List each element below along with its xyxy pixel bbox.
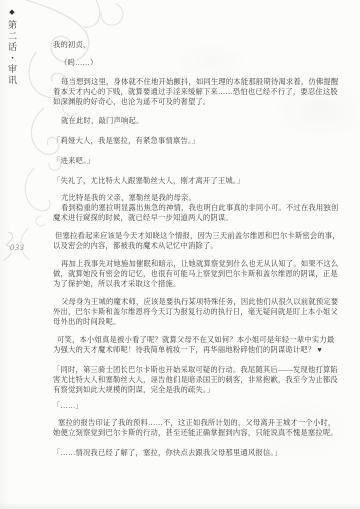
body-text-line: 以及密会的内容，都被我的魔术从记忆中消除了。 xyxy=(53,241,218,251)
body-text-line: 害尤比特大人和塞勒丝大人，诬告他们是暗杀国王的刺客，非常抱歉，我至今为止都没 xyxy=(53,375,338,385)
body-text: 我的初贞，（呜……）每当想到这里，身体就不住地开始颤抖，如同生理的本能那般期待渴… xyxy=(0,0,360,509)
body-text-line: 「……」 xyxy=(53,401,83,411)
body-text-line: （呜……） xyxy=(60,58,97,68)
body-text-line: 「同时，第三骑士团长巴尔卡斯也开始采取可疑的行动。我尾随其后——发现他打算陷 xyxy=(53,365,338,375)
body-text-line: 但塞拉看起来应该是今天才知晓这个情报，因为三天前盖尔维恩和巴尔卡斯密会的事， xyxy=(55,231,340,241)
body-text-line: 尤比特是我的父亲，塞勒丝是我的母亲。 xyxy=(61,193,196,203)
book-page: ◆第二话・审讯 033 我的初贞，（呜……）每当想到这里，身体就不住地开始颤抖，… xyxy=(0,0,360,509)
body-text-line: 可笑，本小姐真是被小看了呢？就算父母不在又如何？本小姐可是年轻一辈中实力最 xyxy=(57,335,334,345)
body-text-line: 着本天才内心的下贱，就算要通过手淫来缓解下来……恐怕也已经不行了，要忍住这股 xyxy=(53,87,338,97)
body-text-line: 如深渊般的好奇心，也沦为遥不可及的奢望了。 xyxy=(53,97,210,107)
body-text-line: 外出，巴尔卡斯和盖尔维恩将今天订为报复行动的执行日，毫无疑问就是盯上本小姐父 xyxy=(53,307,338,317)
body-text-line: 看到稳重的塞拉明显露出焦急的神情，我也明白此事真的非同小可。不过在我用独创 xyxy=(61,203,338,213)
body-text-line: 为了保护她，所以我才采取这个措施。 xyxy=(53,279,180,289)
body-text-line: 塞拉的报告印证了我的预料……不，这正如我所计划的，父母离开王城才一个小时， xyxy=(58,418,335,428)
body-text-line: 「莉娅大人，我是塞拉，有紧急事情禀告。」 xyxy=(53,136,199,146)
body-text-line: 每当想到这里，身体就不住地开始颤抖，如同生理的本能那般期待渴求着，仿佛提醒 xyxy=(61,77,338,87)
body-text-line: 「进来吧。」 xyxy=(53,156,94,166)
body-text-line: 「失礼了，尤比特大人跟塞勒丝大人，刚才离开了王城。」 xyxy=(53,176,244,186)
body-text-line: 我的初贞， xyxy=(53,40,90,50)
body-text-line: 再加上我事先对她施加催眠和暗示，让她就算察觉到什么也无从认知了。如果不这么 xyxy=(61,259,338,269)
body-text-line: 有察觉到如此大规模的阴谋，完全是我的疏失。」 xyxy=(53,385,214,395)
body-text-line: 母外出的时间段呢。 xyxy=(53,317,120,327)
body-text-line: 父母身为王城的魔术师，应该是要执行某项特殊任务，因此他们从很久以前就预定要 xyxy=(61,297,338,307)
body-text-line: 做，就算她没有密会的记忆，也很有可能马上察觉到巴尔卡斯和盖尔维恩的阴谋，正是 xyxy=(53,269,338,279)
body-text-line: 她便立刻察觉到巴尔卡斯的行动，甚至还能正确掌握到内容，只能说真不愧是塞拉呢。 xyxy=(53,428,338,438)
body-text-line: 为强大的天才魔术师呢！待我简单梳妆一下，再华丽地粉碎他们的阴谋诡计吧？ ♥ xyxy=(53,345,322,355)
body-text-line: 「……情况我已经了解了，塞拉，你快点去跟我父母那里通风报信。」 xyxy=(53,448,282,458)
body-text-line: 就在此时，敲门声响起。 xyxy=(61,116,143,126)
body-text-line: 魔术进行窥探的时候，就已经早一步知道两人的阴谋。 xyxy=(53,213,233,223)
